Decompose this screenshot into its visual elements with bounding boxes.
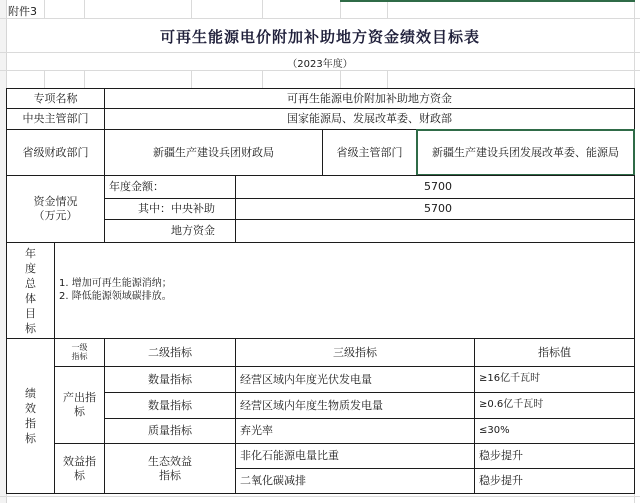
project-name-label: 专项名称 [34, 92, 78, 106]
central-subsidy-value: 5700 [424, 202, 452, 216]
goal-label-char: 标 [25, 321, 36, 336]
table-row-level2[interactable]: 数量指标 [104, 366, 236, 393]
central-subsidy-label: 其中：中央补助 [138, 202, 215, 216]
level3-text: 非化石能源电量比重 [240, 449, 339, 463]
table-row-level3[interactable]: 非化石能源电量比重 [235, 443, 475, 469]
annual-goals-label-cell[interactable]: 年 度 总 体 目 标 [6, 242, 55, 339]
table-row-level3[interactable]: 经营区域内年度光伏发电量 [235, 366, 475, 393]
project-name-value: 可再生能源电价附加补助地方资金 [287, 92, 452, 106]
provincial-finance-value: 新疆生产建设兵团财政局 [153, 146, 274, 160]
central-dept-value: 国家能源局、发展改革委、财政部 [287, 112, 452, 126]
value-header: 指标值 [538, 346, 571, 360]
value-text: 稳步提升 [479, 474, 523, 488]
level3-text: 弃光率 [240, 424, 273, 438]
gridline [262, 0, 263, 18]
table-row-value[interactable]: ≥16亿千瓦时 [474, 366, 635, 393]
benefit-label-line1: 效益指 [63, 455, 96, 469]
perf-label-char: 标 [25, 431, 36, 446]
gridline [262, 70, 263, 88]
level1-header-line2: 指标 [72, 353, 88, 362]
table-row-level3[interactable]: 经营区域内年度生物质发电量 [235, 392, 475, 419]
central-dept-value-cell[interactable]: 国家能源局、发展改革委、财政部 [104, 108, 635, 130]
eco-label-line1: 生态效益 [148, 455, 192, 469]
table-row-value[interactable]: 稳步提升 [474, 468, 635, 494]
central-dept-label: 中央主管部门 [23, 112, 89, 126]
eco-label-line2: 指标 [159, 469, 181, 483]
performance-label-cell[interactable]: 绩 效 指 标 [6, 338, 55, 494]
goal-label-char: 目 [25, 306, 36, 321]
output-indicator-cell[interactable]: 产出指 标 [54, 366, 105, 444]
local-funds-value-cell[interactable] [235, 219, 635, 243]
level2-header-cell[interactable]: 二级指标 [104, 338, 236, 367]
provincial-finance-label-cell[interactable]: 省级财政部门 [6, 129, 105, 176]
gridline [84, 0, 85, 18]
selection-edge [340, 0, 635, 2]
annual-goals-text-cell[interactable]: 1. 增加可再生能源消纳； 2. 降低能源领域碳排放。 [54, 242, 635, 339]
gridline [340, 70, 341, 88]
local-funds-label-cell[interactable]: 地方资金 [104, 219, 236, 243]
goal-line-1: 1. 增加可再生能源消纳； [59, 278, 172, 291]
provincial-finance-value-cell[interactable]: 新疆生产建设兵团财政局 [104, 129, 323, 176]
provincial-dept-value-cell[interactable]: 新疆生产建设兵团发展改革委、能源局 [416, 129, 635, 176]
goal-line-2: 2. 降低能源领域碳排放。 [59, 291, 172, 304]
gridline [44, 70, 45, 88]
attachment-label: 附件3 [8, 3, 37, 19]
sheet-title: 可再生能源电价附加补助地方资金绩效目标表 [0, 26, 640, 47]
provincial-dept-value: 新疆生产建设兵团发展改革委、能源局 [432, 146, 619, 160]
level2-text: 数量指标 [148, 373, 192, 387]
gridline [191, 0, 192, 18]
goal-label-char: 总 [25, 276, 36, 291]
gridline [0, 496, 640, 497]
annual-amount-label: 年度金额： [109, 180, 164, 194]
central-subsidy-label-cell[interactable]: 其中：中央补助 [104, 198, 236, 220]
gridline [387, 70, 388, 88]
table-row-level3[interactable]: 二氧化碳减排 [235, 468, 475, 494]
funds-label-line1: 资金情况 [34, 195, 78, 209]
level3-text: 二氧化碳减排 [240, 474, 306, 488]
table-row-value[interactable]: ≤30% [474, 418, 635, 444]
goal-label-char: 体 [25, 291, 36, 306]
value-text: 稳步提升 [479, 449, 523, 463]
central-subsidy-value-cell[interactable]: 5700 [235, 198, 635, 220]
gridline [387, 0, 388, 18]
level3-text: 经营区域内年度光伏发电量 [240, 373, 372, 387]
gridline [191, 70, 192, 88]
output-label-line1: 产出指 [63, 391, 96, 405]
gridline [84, 70, 85, 88]
goal-label-char: 度 [25, 261, 36, 276]
table-row-value[interactable]: ≥0.6亿千瓦时 [474, 392, 635, 419]
value-text: ≥16亿千瓦时 [479, 373, 540, 386]
level2-text: 数量指标 [148, 399, 192, 413]
level3-text: 经营区域内年度生物质发电量 [240, 399, 383, 413]
central-dept-label-cell[interactable]: 中央主管部门 [6, 108, 105, 130]
project-name-value-cell[interactable]: 可再生能源电价附加补助地方资金 [104, 88, 635, 109]
local-funds-label: 地方资金 [171, 224, 215, 238]
goal-label-char: 年 [25, 246, 36, 261]
funds-label-cell[interactable]: 资金情况 （万元） [6, 175, 105, 243]
benefit-indicator-cell[interactable]: 效益指 标 [54, 443, 105, 494]
perf-label-char: 效 [25, 401, 36, 416]
annual-amount-value-cell[interactable]: 5700 [235, 175, 635, 199]
annual-amount-label-cell[interactable]: 年度金额： [104, 175, 236, 199]
gridline [0, 52, 640, 53]
level2-text: 质量指标 [148, 424, 192, 438]
annual-amount-value: 5700 [424, 180, 452, 194]
level1-header-cell[interactable]: 一级 指标 [54, 338, 105, 367]
gridline [0, 70, 640, 71]
level2-header: 二级指标 [148, 346, 192, 360]
table-row-level2[interactable]: 质量指标 [104, 418, 236, 444]
perf-label-char: 绩 [25, 386, 36, 401]
perf-label-char: 指 [25, 416, 36, 431]
table-row-level2[interactable]: 数量指标 [104, 392, 236, 419]
provincial-dept-label-cell[interactable]: 省级主管部门 [322, 129, 417, 176]
sheet-subtitle: （2023年度） [0, 55, 640, 70]
table-row-level3[interactable]: 弃光率 [235, 418, 475, 444]
value-header-cell[interactable]: 指标值 [474, 338, 635, 367]
value-text: ≤30% [479, 425, 510, 438]
benefit-label-line2: 标 [74, 469, 85, 483]
value-text: ≥0.6亿千瓦时 [479, 399, 543, 412]
gridline [44, 0, 45, 18]
provincial-dept-label: 省级主管部门 [337, 146, 403, 160]
gridline [340, 0, 341, 18]
level3-header-cell[interactable]: 三级指标 [235, 338, 475, 367]
gridline [0, 18, 640, 19]
provincial-finance-label: 省级财政部门 [23, 146, 89, 160]
table-row-value[interactable]: 稳步提升 [474, 443, 635, 469]
level3-header: 三级指标 [333, 346, 377, 360]
project-name-label-cell[interactable]: 专项名称 [6, 88, 105, 109]
output-label-line2: 标 [74, 405, 85, 419]
funds-label-line2: （万元） [34, 209, 78, 223]
ecological-benefit-cell[interactable]: 生态效益 指标 [104, 443, 236, 494]
